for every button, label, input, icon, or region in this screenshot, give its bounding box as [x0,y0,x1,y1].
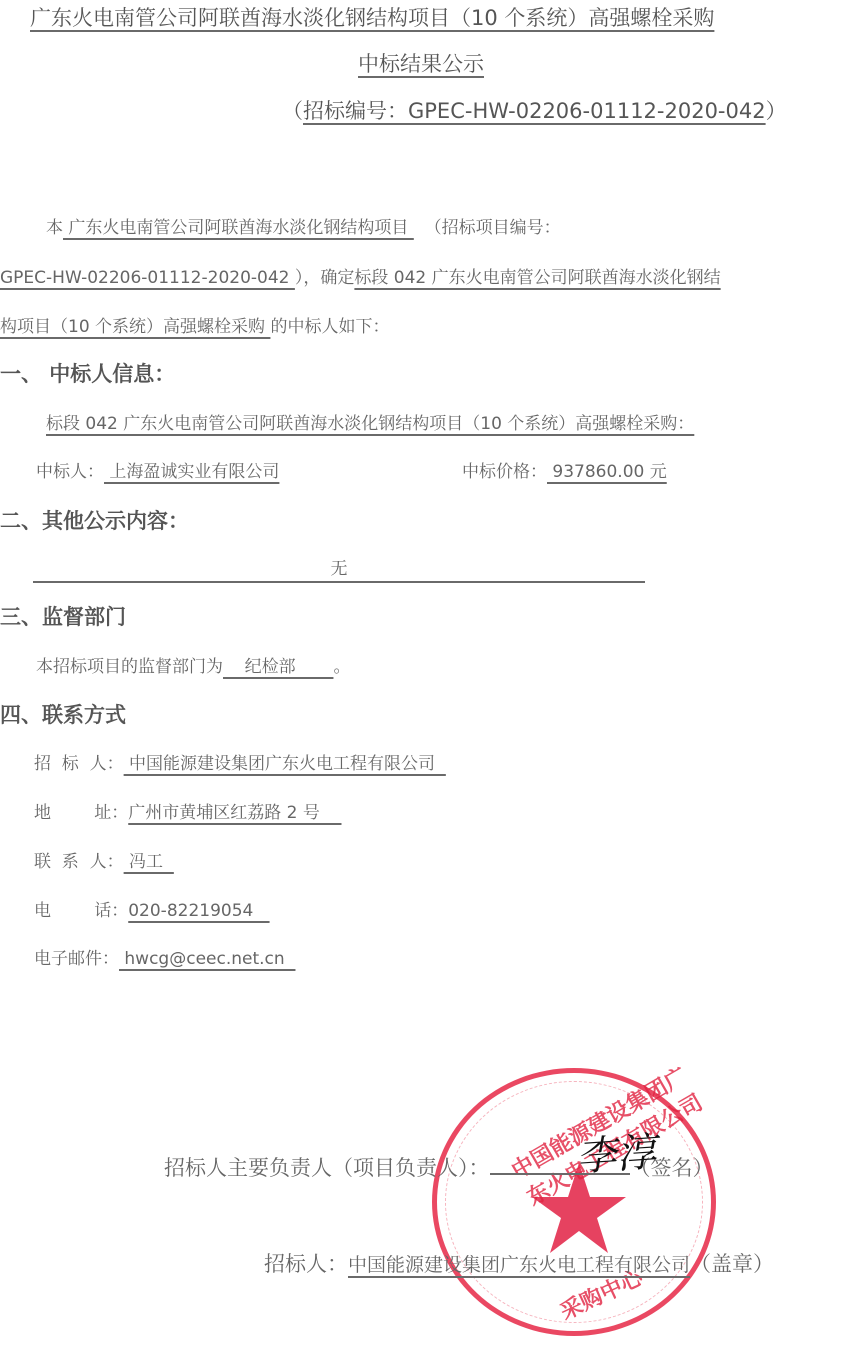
lot-line: 标段 042 广东火电南管公司阿联酋海水淡化钢结构项目（10 个系统）高强螺栓采… [46,409,694,434]
price-label: 中标价格： [462,462,547,482]
intro-line1: 本 广东火电南管公司阿联酋海水淡化钢结构项目 （招标项目编号： [46,213,561,238]
contact-row-person: 联 系 人： 冯工 [34,847,174,872]
lot-name-part1: 标段 042 广东火电南管公司阿联酋海水淡化钢结 [354,268,720,288]
project-name: 广东火电南管公司阿联酋海水淡化钢结构项目 [63,218,414,238]
handwritten-signature: 李淳 [574,1120,658,1182]
winner-name: 上海盈诚实业有限公司 [104,462,279,482]
winning-price: 937860.00 元 [547,462,667,482]
price-line: 中标价格： 937860.00 元 [462,457,667,482]
section2-heading: 二、其他公示内容： [0,505,189,535]
other-content: 无 [33,554,645,583]
section1-heading: 一、 中标人信息： [0,358,175,388]
email-link[interactable]: hwcg@ceec.net.cn [119,949,295,969]
document-title-line1: 广东火电南管公司阿联酋海水淡化钢结构项目（10 个系统）高强螺栓采购 [30,2,714,32]
contact-row-phone: 电 话：020-82219054 [34,896,270,921]
tenderer-name: 中国能源建设集团广东火电工程有限公司 [348,1254,690,1276]
supervision-line: 本招标项目的监督部门为 纪检部 。 [36,652,350,677]
lot-name-part2: 构项目（10 个系统）高强螺栓采购 [0,317,270,337]
project-number: GPEC-HW-02206-01112-2020-042 [0,268,295,288]
document-title-line2: 中标结果公示 [358,48,484,78]
intro-line2: GPEC-HW-02206-01112-2020-042 ），确定标段 042 … [0,263,721,288]
contact-row-email: 电子邮件： hwcg@ceec.net.cn [34,944,295,969]
section3-heading: 三、监督部门 [0,601,126,631]
official-seal-icon: 中国能源建设集团广东火电工程有限公司 采购中心 [432,1068,716,1336]
section4-heading: 四、联系方式 [0,699,126,729]
tender-number-line: （招标编号：GPEC-HW-02206-01112-2020-042） [282,95,787,125]
contact-row-address: 地 址：广州市黄埔区红荔路 2 号 [34,798,341,823]
intro-line3: 构项目（10 个系统）高强螺栓采购 的中标人如下： [0,312,389,337]
tenderer-seal-line: 招标人：中国能源建设集团广东火电工程有限公司（盖章） [264,1248,774,1278]
winner-label: 中标人： [36,462,104,482]
tender-number: 招标编号：GPEC-HW-02206-01112-2020-042 [303,99,766,123]
supervision-dept: 纪检部 [223,657,333,677]
contact-row-tenderer: 招 标 人： 中国能源建设集团广东火电工程有限公司 [34,749,446,774]
winner-line: 中标人： 上海盈诚实业有限公司 [36,457,279,482]
